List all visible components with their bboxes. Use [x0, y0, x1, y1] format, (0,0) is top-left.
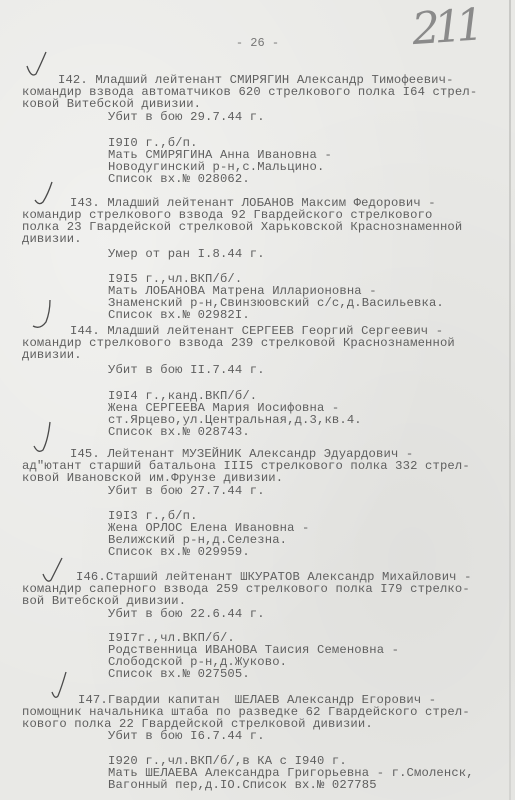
page-edge-line: [509, 0, 511, 800]
document-page: 211 - 26 - I42. Младший лейтенант СМИРЯГ…: [0, 0, 515, 800]
checkmark-icon: [34, 180, 56, 206]
entry-144-line: командир стрелкового взвода 239 стрелков…: [22, 337, 455, 349]
checkmark-icon: [50, 672, 72, 698]
entry-146-fate: Убит в бою 22.6.44 г.: [108, 608, 265, 620]
checkmark-icon: [26, 52, 48, 78]
entry-146-detail: Список вх.№ 027505.: [108, 668, 250, 680]
checkmark-icon: [42, 558, 64, 584]
entry-145-fate: Убит в бою 27.7.44 г.: [108, 485, 265, 497]
entry-142-line: ковой Витебской дивизии.: [22, 98, 201, 110]
entry-143-fate: Умер от ран I.8.44 г.: [108, 248, 265, 260]
entry-146-line: вой Витебской дивизии.: [22, 595, 186, 607]
entry-143-line: полка 23 Гвардейской стрелковой Харьковс…: [22, 221, 462, 233]
entry-145-detail: Список вх.№ 029959.: [108, 546, 250, 558]
entry-144-fate: Убит в бою II.7.44 г.: [108, 364, 265, 376]
entry-144-line: дивизии.: [22, 349, 82, 361]
entry-142-detail: Список вх.№ 028062.: [108, 173, 250, 185]
entry-142-fate: Убит в бою 29.7.44 г.: [108, 111, 265, 123]
checkmark-icon: [32, 300, 54, 326]
page-number: - 26 -: [0, 36, 515, 50]
entry-143-detail: Список вх.№ 02982I.: [108, 309, 250, 321]
entry-144-detail: Список вх.№ 028743.: [108, 426, 250, 438]
checkmark-icon: [32, 422, 54, 448]
entry-147-fate: Убит в бою I6.7.44 г.: [108, 730, 265, 742]
entry-147-detail: Вагонный пер,д.IO.Список вх.№ 027785: [108, 779, 377, 791]
entry-143-line: дивизии.: [22, 233, 82, 245]
entry-145-line: ковой Ивановской им.Фрунзе дивизии.: [22, 472, 283, 484]
